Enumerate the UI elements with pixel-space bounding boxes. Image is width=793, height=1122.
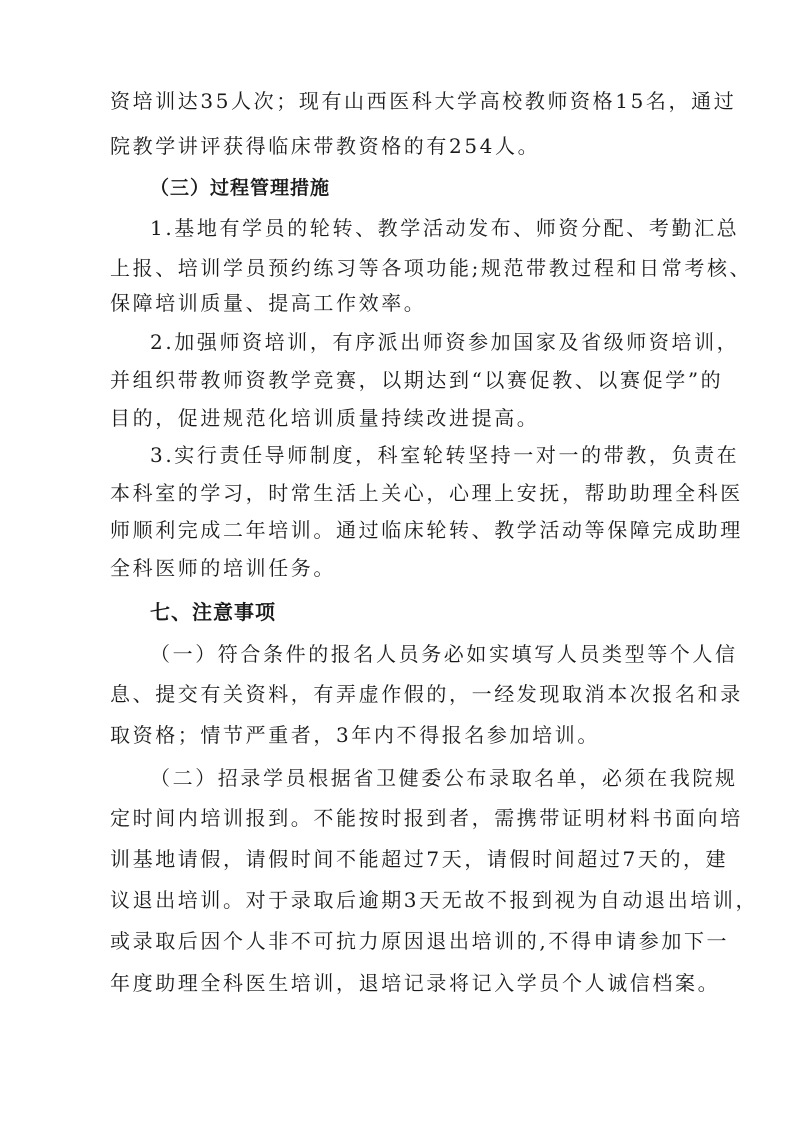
paragraph-line: 取资格；情节严重者，3年内不得报名参加培训。 — [110, 722, 695, 748]
paragraph-line: 年度助理全科医生培训，退培记录将记入学员个人诚信档案。 — [110, 970, 695, 996]
paragraph-line: 2.加强师资培训，有序派出师资参加国家及省级师资培训， — [150, 329, 695, 355]
paragraph-line: 3.实行责任导师制度，科室轮转坚持一对一的带教，负责在 — [150, 442, 695, 468]
paragraph-line: 训基地请假，请假时间不能超过7天，请假时间超过7天的，建 — [110, 846, 695, 872]
paragraph-line: 并组织带教师资教学竞赛，以期达到“以赛促教、以赛促学”的 — [110, 367, 695, 393]
paragraph-line: 上报、培训学员预约练习等各项功能;规范带教过程和日常考核、 — [110, 255, 695, 281]
paragraph-line: 或录取后因个人非不可抗力原因退出培训的,不得申请参加下一 — [110, 928, 695, 954]
paragraph-line: 息、提交有关资料，有弄虚作假的，一经发现取消本次报名和录 — [110, 681, 695, 707]
paragraph-line: 目的，促进规范化培训质量持续改进提高。 — [110, 405, 695, 431]
paragraph-line: （一）符合条件的报名人员务必如实填写人员类型等个人信 — [150, 641, 695, 667]
subheading-process-management: （三）过程管理措施 — [150, 175, 695, 201]
paragraph-line: 本科室的学习，时常生活上关心，心理上安抚，帮助助理全科医 — [110, 480, 695, 506]
paragraph-line: 院教学讲评获得临床带教资格的有254人。 — [110, 133, 695, 159]
paragraph-line: 1.基地有学员的轮转、教学活动发布、师资分配、考勤汇总 — [150, 215, 695, 241]
paragraph-line: 师顺利完成二年培训。通过临床轮转、教学活动等保障完成助理 — [110, 517, 695, 543]
paragraph-line: （二）招录学员根据省卫健委公布录取名单，必须在我院规 — [150, 765, 695, 791]
paragraph-line: 全科医师的培训任务。 — [110, 555, 695, 581]
document-page: 资培训达35人次；现有山西医科大学高校教师资格15名，通过 院教学讲评获得临床带… — [0, 0, 793, 1122]
section-heading-notes: 七、注意事项 — [150, 599, 695, 625]
paragraph-line: 保障培训质量、提高工作效率。 — [110, 290, 695, 316]
paragraph-line: 定时间内培训报到。不能按时报到者，需携带证明材料书面向培 — [110, 805, 695, 831]
paragraph-line: 议退出培训。对于录取后逾期3天无故不报到视为自动退出培训， — [110, 887, 695, 913]
paragraph-line: 资培训达35人次；现有山西医科大学高校教师资格15名，通过 — [110, 88, 695, 114]
